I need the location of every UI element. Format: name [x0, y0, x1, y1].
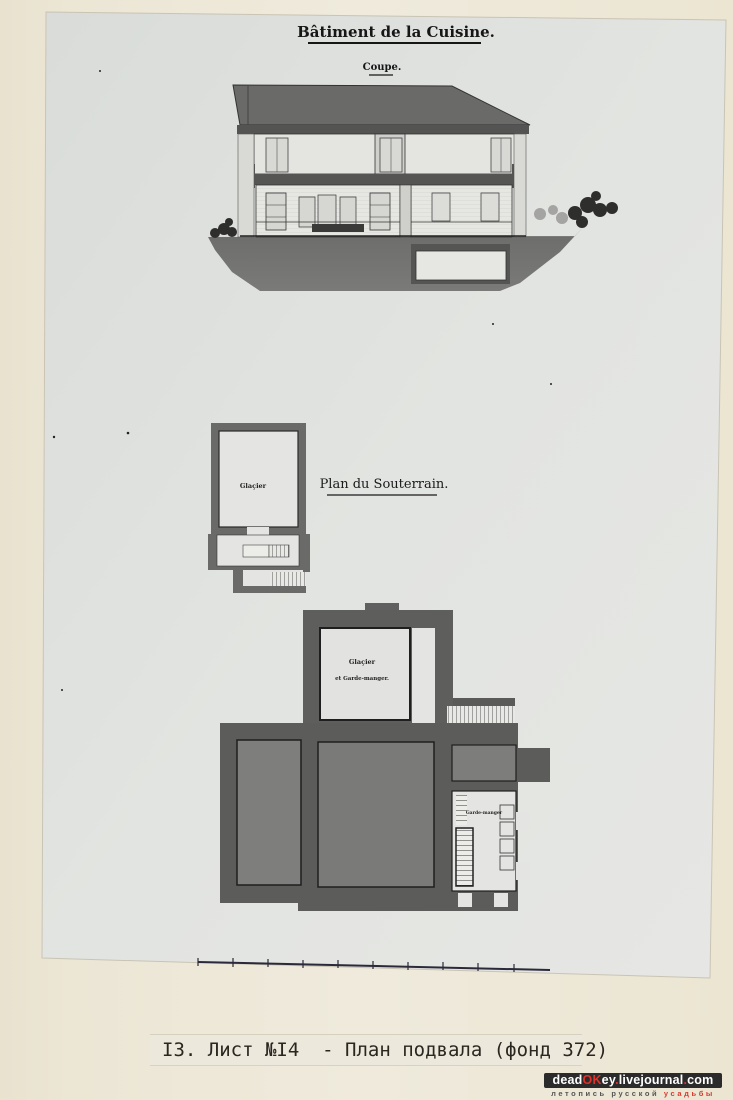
archival-photo: Bâtiment de la Cuisine. Coupe. — [0, 0, 733, 1100]
title-text: Bâtiment de la Cuisine. — [297, 23, 495, 41]
small-plan-room-label: Glaçier — [240, 482, 267, 490]
section-label: Coupe. — [363, 62, 402, 73]
watermark-tagline: летопись русской усадьбы — [544, 1089, 722, 1099]
side-room-label: Garde-manger — [466, 810, 503, 816]
archive-caption: I3. Лист №I4 - План подвала (фонд 372) — [150, 1034, 582, 1066]
plan-title: Plan du Souterrain. — [320, 477, 449, 492]
basement-plan-small: Glaçier — [208, 423, 310, 593]
watermark-logo: deadOKey.livejournal.com — [544, 1073, 722, 1088]
large-plan-room-label-1: Glaçier — [349, 658, 376, 666]
large-plan-room-label-2: et Garde-manger. — [335, 676, 389, 682]
